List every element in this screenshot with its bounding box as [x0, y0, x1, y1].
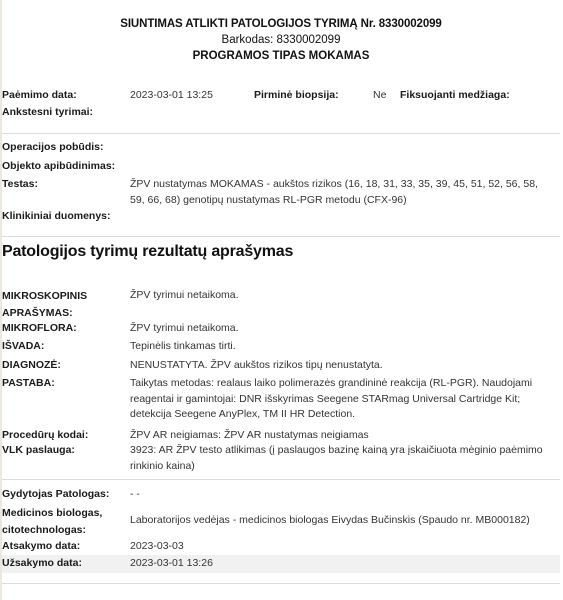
answer-date-label: Atsakymo data: — [2, 539, 80, 555]
vlk-value: 3923: AR ŽPV testo atlikimas (į paslaugo… — [130, 443, 555, 474]
procedure-codes-label: Procedūrų kodai: — [2, 428, 88, 444]
divider — [2, 479, 560, 480]
program-type: PROGRAMOS TIPAS MOKAMAS — [2, 48, 560, 64]
vlk-label: VLK paslauga: — [2, 443, 75, 459]
pathology-report: SIUNTIMAS ATLIKTI PATOLOGIJOS TYRIMĄ Nr.… — [2, 0, 560, 64]
procedure-codes-value: ŽPV AR neigiamas: ŽPV AR nustatymas neig… — [130, 428, 550, 444]
microflora-label: MIKROFLORA: — [2, 321, 77, 337]
note-label: PASTABA: — [2, 376, 55, 392]
results-section-title: Patologijos tyrimų rezultatų aprašymas — [2, 243, 293, 261]
diagnosis-value: NENUSTATYTA. ŽPV aukštos rizikos tipų ne… — [130, 358, 550, 374]
clinical-label: Klinikiniai duomenys: — [2, 209, 111, 225]
report-header: SIUNTIMAS ATLIKTI PATOLOGIJOS TYRIMĄ Nr.… — [2, 0, 560, 64]
divider — [2, 236, 560, 237]
biologist-label: Medicinos biologas, citotechnologas: — [2, 505, 117, 539]
microscopic-label: MIKROSKOPINIS APRAŠYMAS: — [2, 288, 102, 322]
barcode: Barkodas: 8330002099 — [2, 32, 560, 48]
answer-date-value: 2023-03-03 — [130, 539, 550, 555]
microflora-value: ŽPV tyrimui netaikoma. — [130, 321, 550, 337]
microscopic-value: ŽPV tyrimui netaikoma. — [130, 288, 550, 304]
order-date-row: Užsakymo data: 2023-03-01 13:26 — [2, 555, 560, 573]
divider — [2, 583, 560, 584]
diagnosis-label: DIAGNOZĖ: — [2, 358, 61, 374]
biologist-row: Medicinos biologas, citotechnologas: Lab… — [2, 505, 560, 539]
test-label: Testas: — [2, 177, 38, 193]
biologist-value: Laboratorijos vedėjas - medicinos biolog… — [130, 513, 550, 529]
primary-biopsy-value: Ne — [373, 88, 393, 104]
collection-date-value: 2023-03-01 13:25 — [130, 88, 240, 104]
order-date-value: 2023-03-01 13:26 — [130, 556, 550, 572]
previous-tests-label: Ankstesni tyrimai: — [2, 105, 93, 121]
collection-date-label: Paėmimo data: — [2, 88, 77, 104]
divider — [2, 133, 560, 134]
object-label: Objekto apibūdinimas: — [2, 159, 115, 175]
fixative-label: Fiksuojanti medžiaga: — [400, 88, 510, 104]
conclusion-value: Tepinėlis tinkamas tirti. — [130, 339, 550, 355]
operation-label: Operacijos pobūdis: — [2, 140, 104, 156]
order-date-label: Užsakymo data: — [2, 556, 82, 572]
pathologist-label: Gydytojas Patologas: — [2, 487, 109, 503]
pathologist-value: - - — [130, 487, 550, 503]
conclusion-label: IŠVADA: — [2, 339, 44, 355]
primary-biopsy-label: Pirminė biopsija: — [254, 88, 339, 104]
report-title: SIUNTIMAS ATLIKTI PATOLOGIJOS TYRIMĄ Nr.… — [2, 16, 560, 32]
note-value: Taikytas metodas: realaus laiko polimera… — [130, 376, 555, 423]
test-value: ŽPV nustatymas MOKAMAS - aukštos rizikos… — [130, 177, 555, 208]
